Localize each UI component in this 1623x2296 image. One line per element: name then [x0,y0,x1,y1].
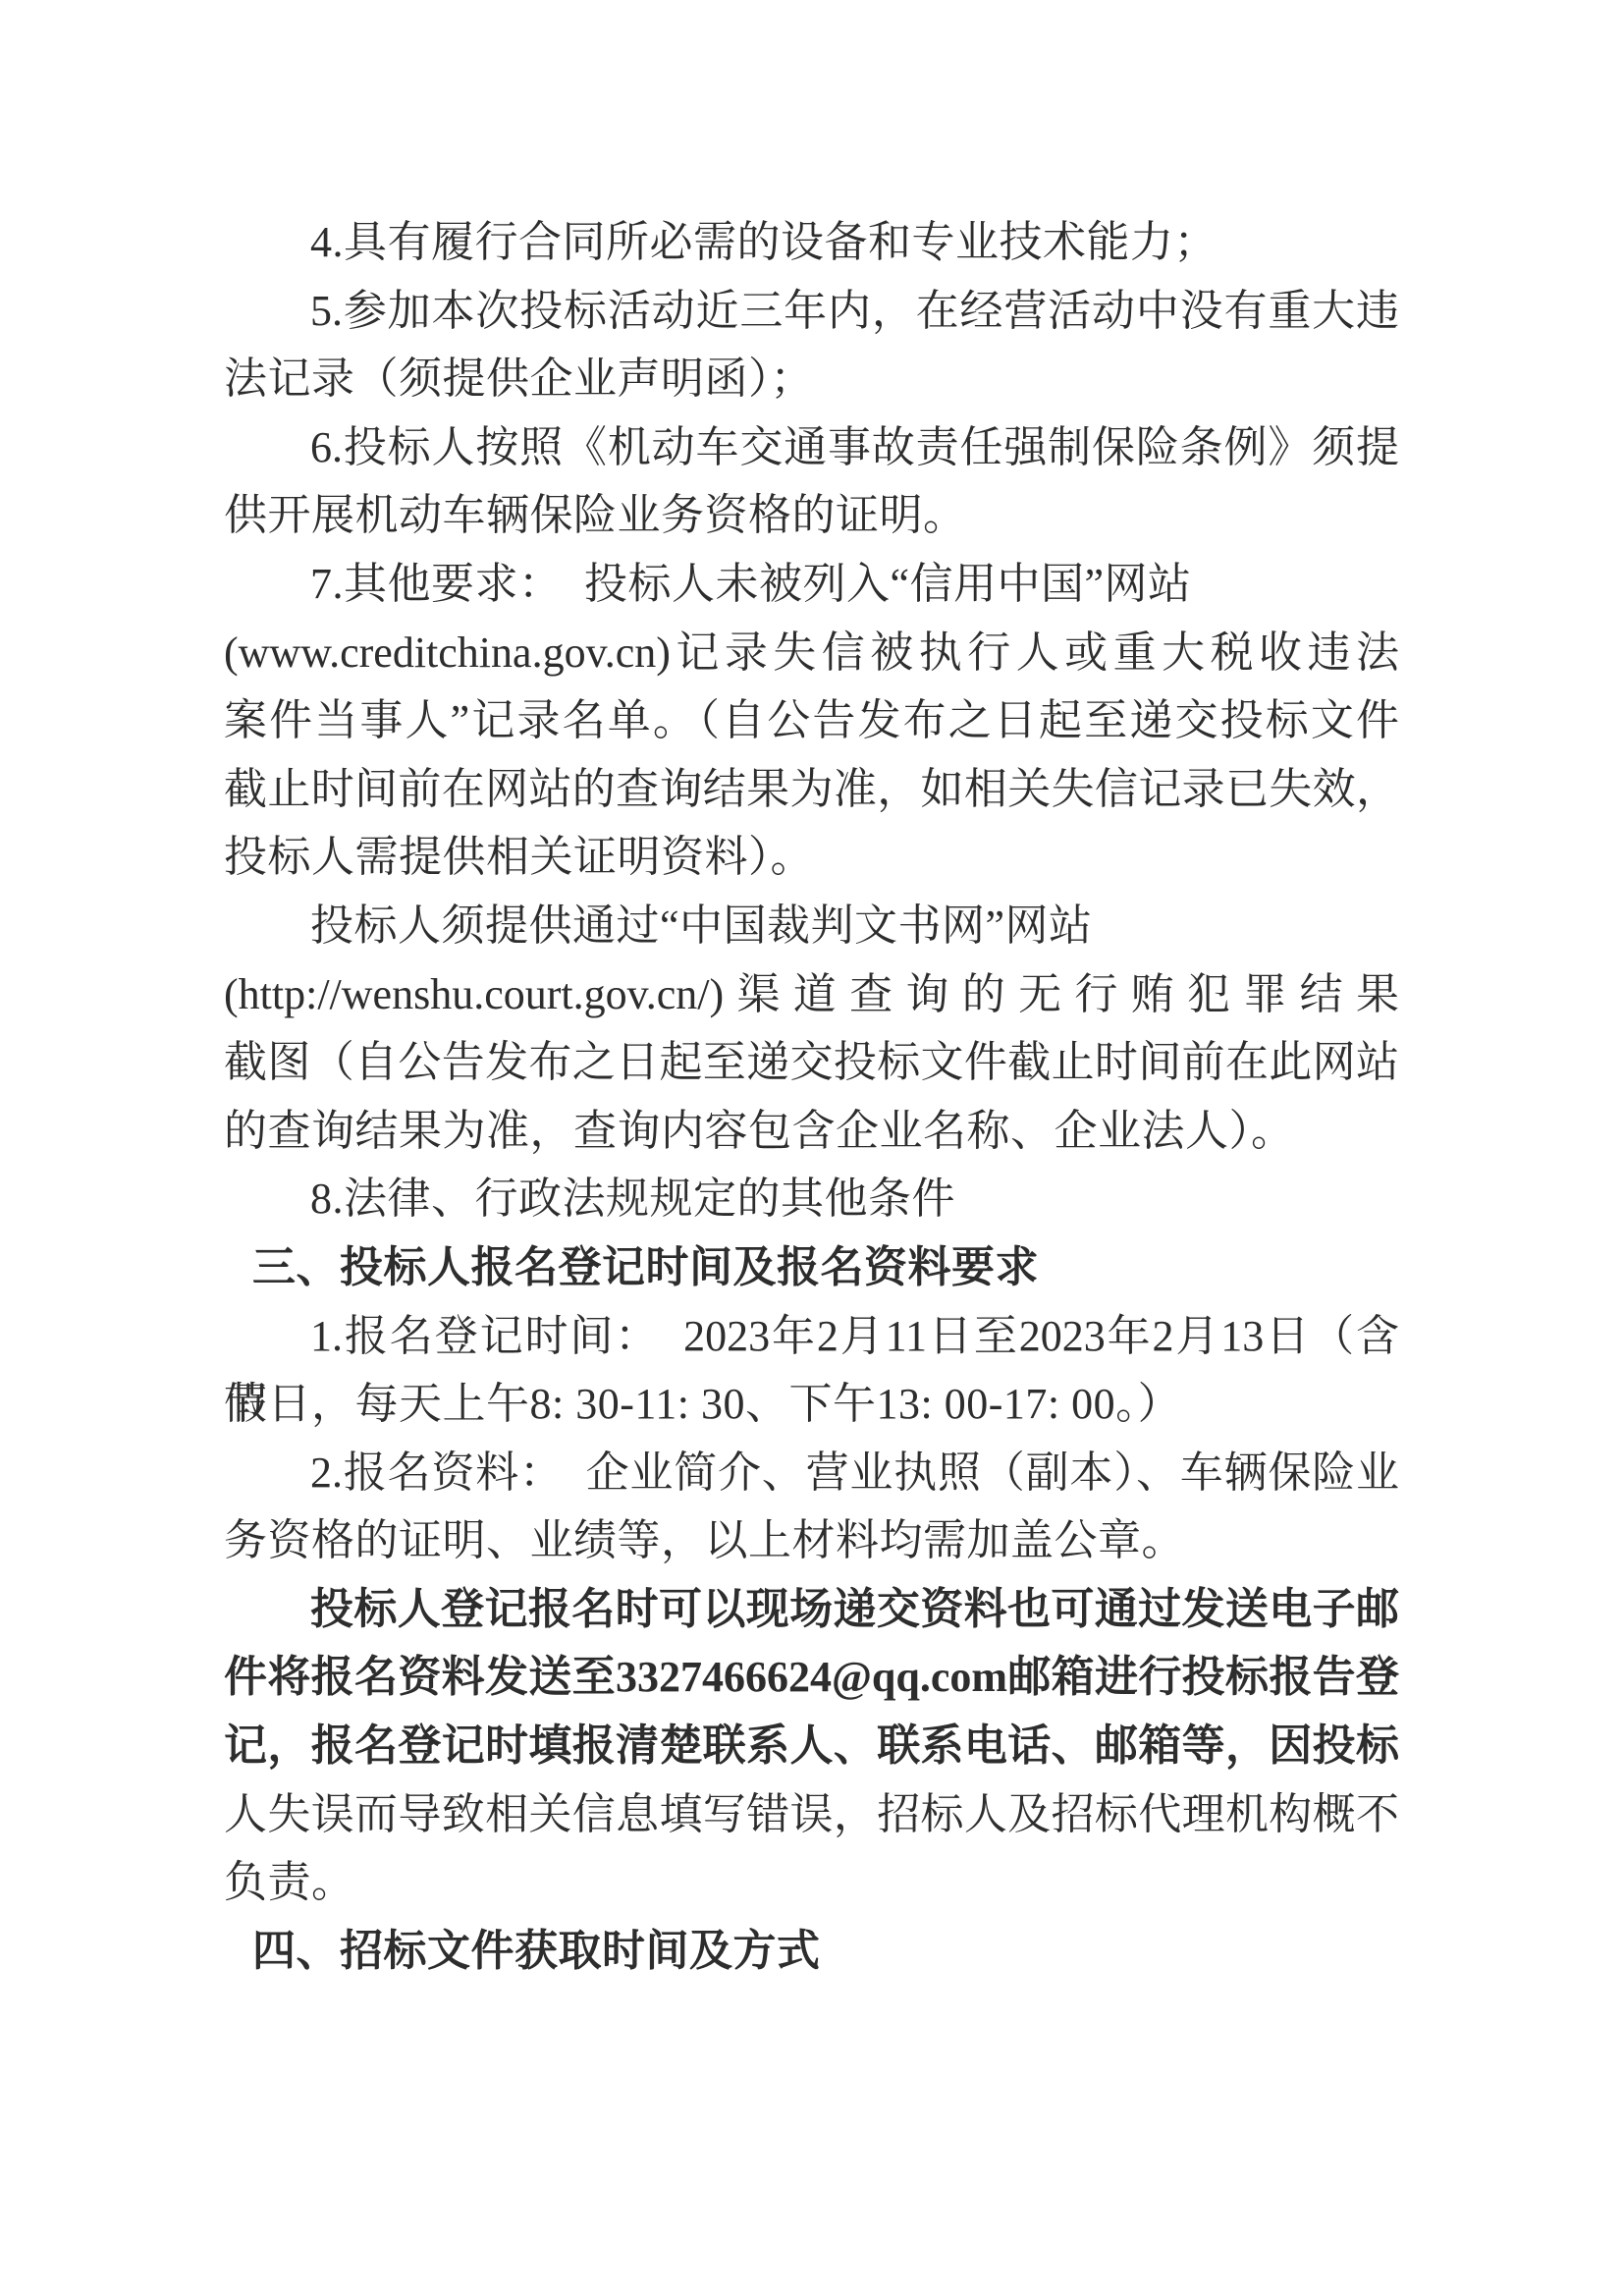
text-line: 件将报名资料发送至3327466624@qq.com邮箱进行投标报告登 [224,1643,1399,1712]
text-line: 投标人登记报名时可以现场递交资料也可通过发送电子邮 [224,1575,1399,1644]
document-page: 4.具有履行合同所必需的设备和专业技术能力；5.参加本次投标活动近三年内，在经营… [0,0,1623,2296]
text-line: 8.法律、行政法规规定的其他条件 [224,1165,1399,1233]
text-line: 法记录（须提供企业声明函）； [224,345,1399,413]
document-body: 4.具有履行合同所必需的设备和专业技术能力；5.参加本次投标活动近三年内，在经营… [224,208,1399,1985]
text-line: 投标人需提供相关证明资料）。 [224,823,1399,892]
text-line: (www.creditchina.gov.cn)记录失信被执行人或重大税收违法 [224,619,1399,687]
text-line: 务资格的证明、业绩等，以上材料均需加盖公章。 [224,1506,1399,1575]
text-line: 2.报名资料： 企业简介、营业执照（副本）、车辆保险业 [224,1439,1399,1507]
text-line: 供开展机动车辆保险业务资格的证明。 [224,481,1399,550]
text-line: 人失误而导致相关信息填写错误，招标人及招标代理机构概不 [224,1780,1399,1849]
text-line: 5.参加本次投标活动近三年内，在经营活动中没有重大违 [224,277,1399,346]
text-line: 假日，每天上午8: 30-11: 30、下午13: 00-17: 00。） [224,1370,1399,1439]
text-line: 案件当事人”记录名单。（自公告发布之日起至递交投标文件 [224,686,1399,755]
text-line: 记，报名登记时填报清楚联系人、联系电话、邮箱等，因投标 [224,1712,1399,1780]
text-line: 负责。 [224,1848,1399,1917]
text-line: 投标人须提供通过“中国裁判文书网”网站 [224,892,1399,960]
text-line: 的查询结果为准，查询内容包含企业名称、企业法人）。 [224,1097,1399,1166]
text-line: 截止时间前在网站的查询结果为准，如相关失信记录已失效， [224,755,1399,824]
text-line: 6.投标人按照《机动车交通事故责任强制保险条例》须提 [224,413,1399,482]
text-line: 4.具有履行合同所必需的设备和专业技术能力； [224,208,1399,277]
text-line: 1.报名登记时间： 2023年2月11日至2023年2月13日（含节 [224,1302,1399,1371]
section-heading: 四、招标文件获取时间及方式 [252,1917,1399,1986]
text-line: 7.其他要求： 投标人未被列入“信用中国”网站 [224,550,1399,619]
text-line: (http://wenshu.court.gov.cn/)渠道查询的无行贿犯罪结… [224,960,1399,1029]
section-heading: 三、投标人报名登记时间及报名资料要求 [252,1233,1399,1302]
text-line: 截图（自公告发布之日起至递交投标文件截止时间前在此网站 [224,1028,1399,1097]
